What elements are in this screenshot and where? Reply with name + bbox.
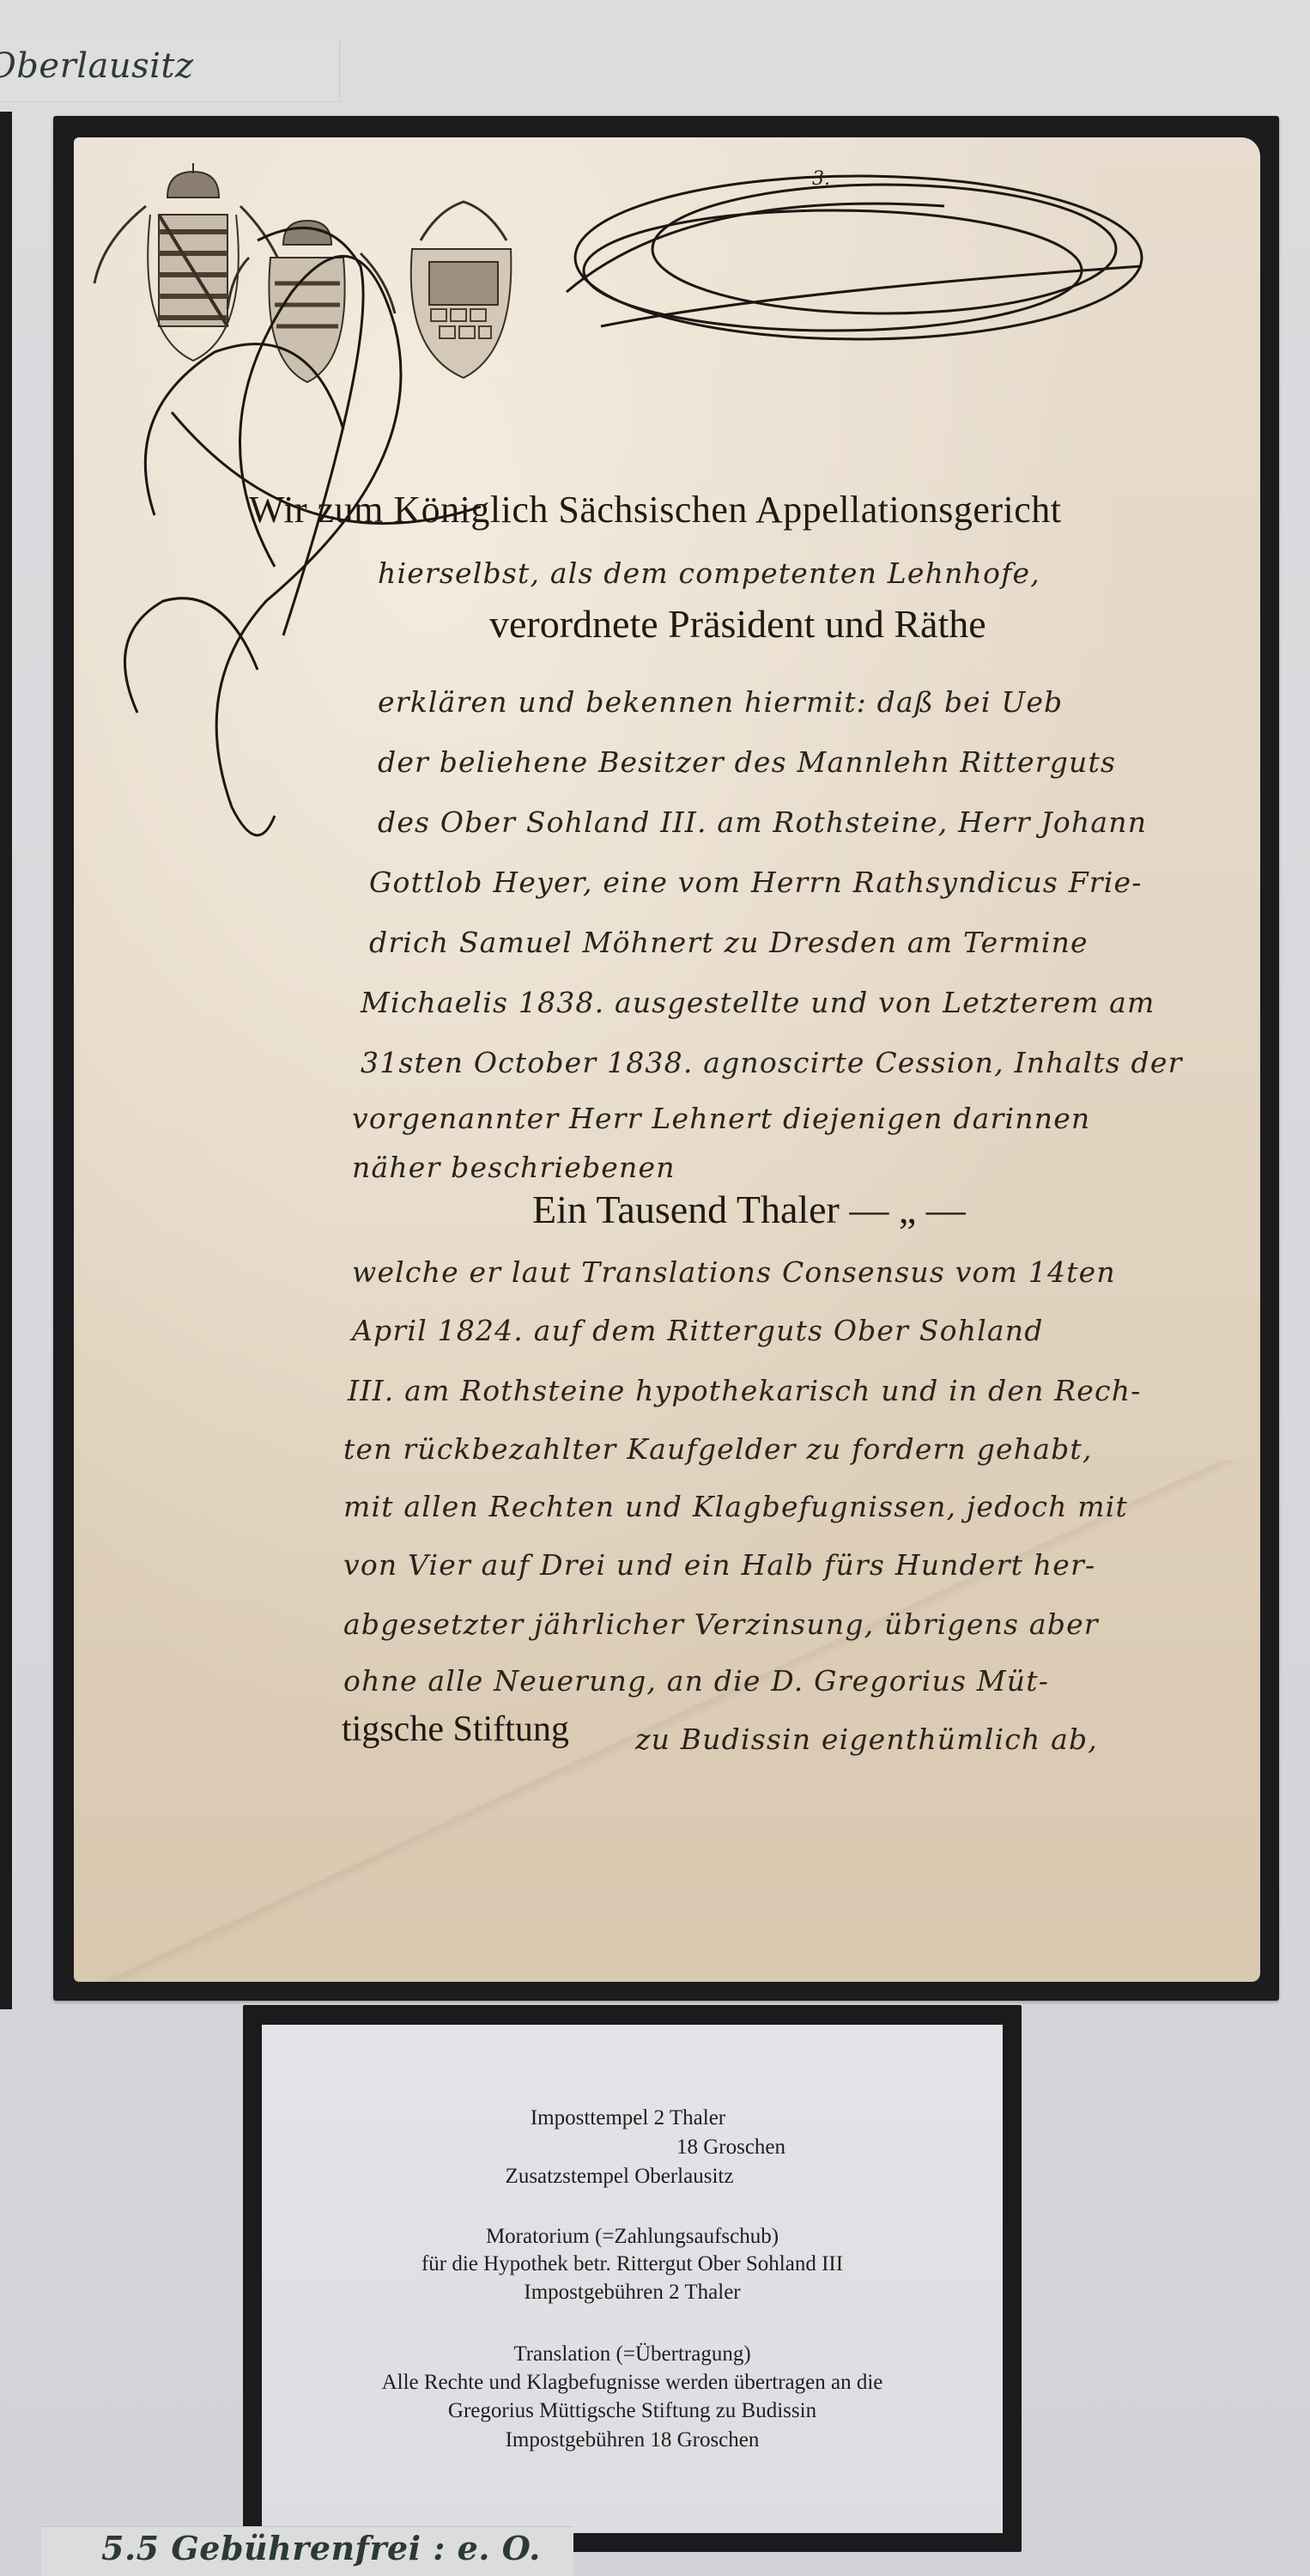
manuscript-line: erklären und bekennen hiermit: daß bei U…: [378, 685, 1063, 719]
caption-line: Zusatzstempel Oberlausitz: [249, 2164, 990, 2189]
manuscript-line: der beliehene Besitzer des Mannlehn Ritt…: [378, 745, 1116, 779]
manuscript-line: des Ober Sohland III. am Rothsteine, Her…: [378, 805, 1147, 839]
footer-label: 5.5 Gebührenfrei : e. O.: [101, 2529, 541, 2567]
manuscript-line: 31sten October 1838. agnoscirte Cession,…: [361, 1046, 1183, 1079]
header-label: Oberlausitz: [0, 46, 194, 86]
manuscript-line: mit allen Rechten und Klagbefugnissen, j…: [343, 1490, 1128, 1523]
manuscript-line: drich Samuel Möhnert zu Dresden am Termi…: [369, 926, 1089, 959]
saxony-crest-icon: [94, 163, 288, 361]
caption-heading: Translation (=Übertragung): [262, 2342, 1003, 2366]
caption-line: für die Hypothek betr. Rittergut Ober So…: [262, 2251, 1003, 2276]
crown-crest-icon: [227, 221, 395, 382]
caption-line: Impostgebühren 18 Groschen: [262, 2427, 1003, 2452]
manuscript-line: vorgenannter Herr Lehnert diejenigen dar…: [352, 1102, 1090, 1135]
page-mark: 3.: [812, 168, 830, 190]
manuscript-line: näher beschriebenen: [352, 1151, 676, 1184]
manuscript-line: III. am Rothsteine hypothekarisch und in…: [348, 1374, 1142, 1407]
caption-line: 18 Groschen: [361, 2135, 1101, 2160]
coat-of-arms-group: [86, 163, 567, 421]
caption-card: [262, 2025, 1003, 2533]
oberlausitz-crest-icon: [411, 202, 512, 378]
caption-heading: Moratorium (=Zahlungsaufschub): [262, 2224, 1003, 2249]
manuscript-line: abgesetzter jährlicher Verzinsung, übrig…: [343, 1607, 1099, 1641]
caption-line: Impostgebühren 2 Thaler: [262, 2280, 1003, 2305]
caption-line: Imposttempel 2 Thaler: [258, 2105, 998, 2130]
manuscript-subheading: verordnete Präsident und Räthe: [489, 601, 986, 647]
manuscript-line: ten rückbezahlter Kaufgelder zu fordern …: [343, 1432, 1093, 1466]
manuscript-line: April 1824. auf dem Ritterguts Ober Sohl…: [352, 1314, 1044, 1347]
manuscript-line: Gottlob Heyer, eine vom Herrn Rathsyndic…: [369, 866, 1143, 899]
neighbour-frame-edge: [0, 112, 12, 2009]
amount-line: Ein Tausend Thaler — „ —: [532, 1187, 966, 1232]
manuscript-line: hierselbst, als dem competenten Lehnhofe…: [378, 556, 1040, 590]
caption-line: Gregorius Müttigsche Stiftung zu Budissi…: [262, 2398, 1003, 2423]
caption-line: Alle Rechte und Klagbefugnisse werden üb…: [262, 2370, 1003, 2395]
stiftung-line: tigsche Stiftung: [342, 1709, 569, 1750]
manuscript-line: Michaelis 1838. ausgestellte und von Let…: [361, 986, 1155, 1019]
manuscript-line: zu Budissin eigenthümlich ab,: [635, 1722, 1098, 1756]
manuscript-line: von Vier auf Drei und ein Halb fürs Hund…: [343, 1548, 1095, 1582]
document-heading: Wir zum Königlich Sächsischen Appellatio…: [249, 488, 1062, 532]
manuscript-line: ohne alle Neuerung, an die D. Gregorius …: [343, 1664, 1049, 1698]
manuscript-line: welche er laut Translations Consensus vo…: [352, 1255, 1116, 1289]
